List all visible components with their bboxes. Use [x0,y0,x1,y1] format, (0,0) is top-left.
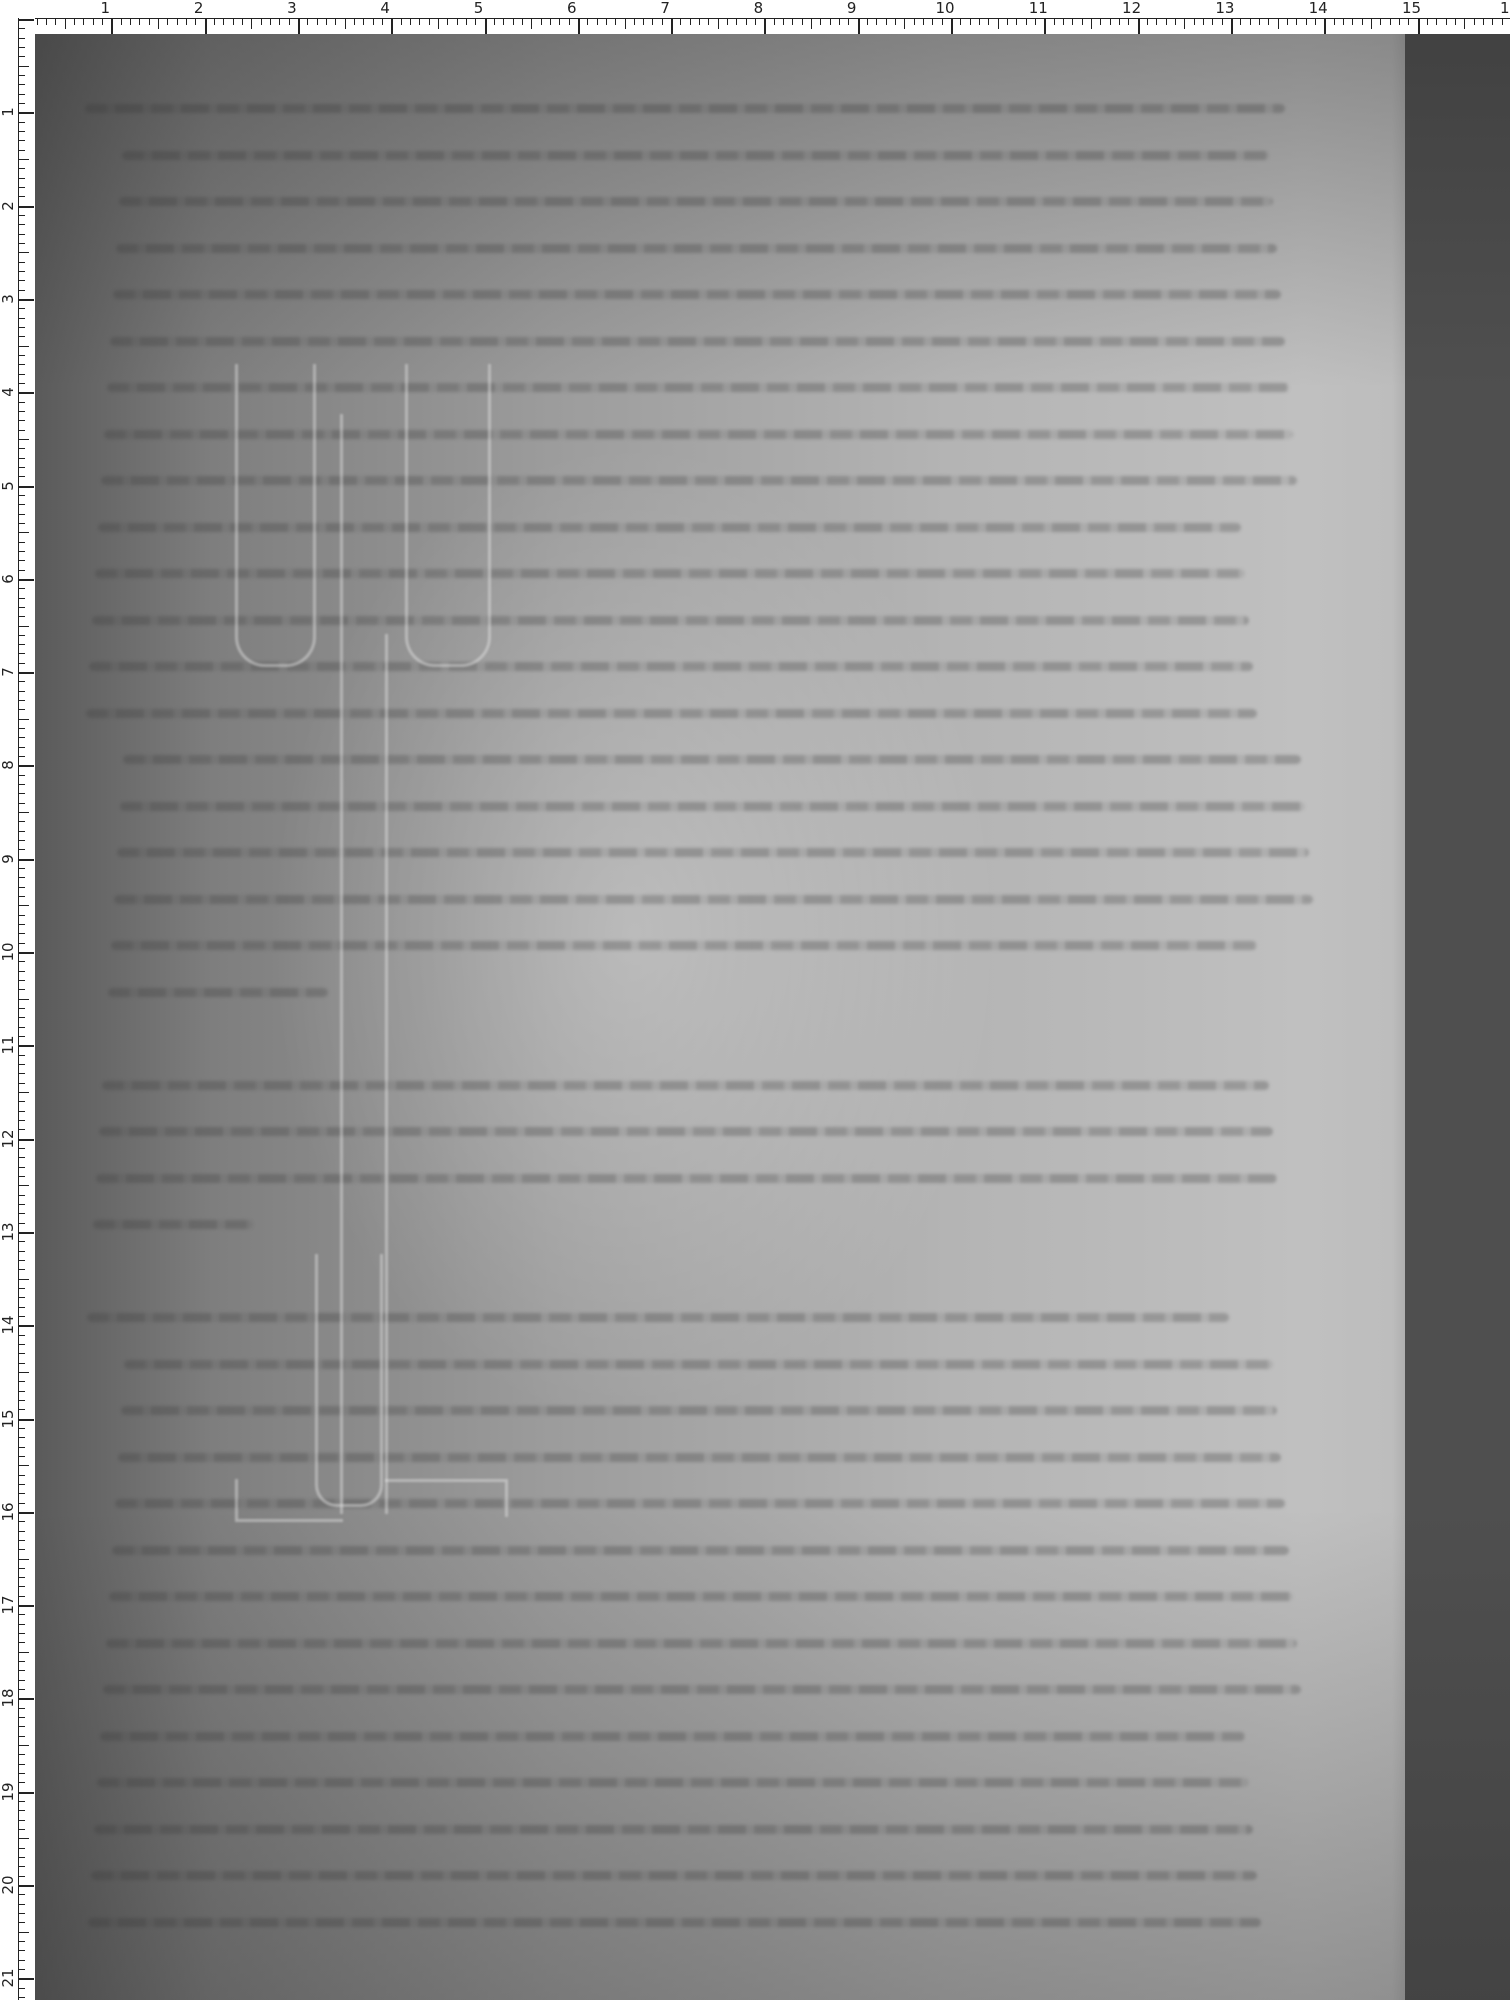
ruler-tick [19,663,25,664]
ruler-tick [606,19,607,25]
ruler-tick [792,19,793,25]
ruler-tick [19,952,34,954]
ruler-tick [1026,19,1027,25]
ruler-tick [261,19,262,25]
ruler-tick [279,19,280,25]
ruler-tick [19,159,29,160]
ruler-tick [1072,19,1073,25]
ruler-tick [1399,19,1400,25]
ruler-tick [19,1381,25,1382]
ruler-left-label: 13 [0,1222,16,1241]
ruler-tick [1212,19,1213,25]
ruler-tick [19,812,29,813]
ruler-tick [708,19,709,25]
ruler-tick [19,1540,25,1541]
ruler-tick [19,542,25,543]
ruler-tick [19,1866,25,1867]
ruler-tick [1464,19,1465,29]
ruler-tick [19,1978,34,1980]
ruler-tick [19,1698,34,1700]
ruler-tick [19,1642,25,1643]
ruler-tick [979,19,980,25]
ruler-tick [19,1950,25,1951]
ruler-tick [19,28,25,29]
ruler-tick [764,19,766,34]
ruler-tick [19,411,25,412]
ruler-tick [19,1129,25,1130]
ruler-tick [19,1829,25,1830]
ruler-left-label: 2 [0,201,16,211]
ruler-tick [19,84,25,85]
ruler-tick [19,1288,25,1289]
ruler-tick [93,19,94,25]
ruler-tick [19,1391,25,1392]
ruler-tick [998,19,999,29]
ruler-tick [19,616,25,617]
ruler-top: 01234567891011121314151 [0,0,1510,34]
ruler-tick [19,775,25,776]
ruler-tick [19,1400,25,1401]
ruler-tick [513,19,514,25]
ruler-tick [19,691,25,692]
ruler-tick [121,19,122,25]
ruler-tick [19,252,29,253]
ruler-tick [19,961,25,962]
ruler-tick [1175,19,1176,25]
ruler-tick [839,19,840,25]
ruler-tick [1063,19,1064,25]
ruler-tick [1278,19,1279,29]
handwriting-line [97,1778,1249,1787]
ruler-tick [1315,19,1316,25]
handwriting-line [120,802,1305,811]
ruler-top-label: 6 [567,0,577,16]
ruler-tick [783,19,784,25]
ruler-tick [19,364,25,365]
ruler-tick [19,1148,25,1149]
ruler-tick [19,280,25,281]
ruler-tick [158,19,159,29]
ruler-tick [727,19,728,25]
ruler-tick [55,19,56,25]
ruler-top-label: 2 [194,0,204,16]
ruler-tick [1436,19,1437,25]
ruler-tick [19,486,34,488]
ruler-top-label: 4 [380,0,390,16]
ruler-tick [19,196,25,197]
ruler-tick [19,859,34,861]
ruler-tick [363,19,364,25]
ruler-tick [466,19,467,25]
ruler-tick [19,1139,34,1141]
ruler-tick [74,19,75,25]
ruler-tick [1492,19,1493,25]
ruler-tick [251,19,252,29]
ruler-tick [19,793,25,794]
handwriting-line [112,1546,1289,1555]
ruler-tick [19,1213,25,1214]
handwriting-line [93,1220,253,1229]
stain-mark [385,1479,508,1517]
ruler-tick [19,1605,34,1607]
ruler-tick [19,458,25,459]
handwriting-line [86,709,1257,718]
ruler-tick [1166,19,1167,25]
ruler-tick [19,1988,25,1989]
ruler-left-label: 12 [0,1129,16,1148]
ruler-tick [19,1055,25,1056]
ruler-tick [19,430,25,431]
ruler-tick [522,19,523,25]
ruler-tick [19,402,25,403]
ruler-left-label: 19 [0,1782,16,1801]
ruler-tick [382,19,383,25]
ruler-tick [699,19,700,25]
ruler-tick [867,19,868,25]
ruler-tick [671,19,673,34]
ruler-tick [186,19,187,25]
ruler-tick [1138,19,1140,34]
ruler-tick [19,262,25,263]
ruler-tick [19,1475,25,1476]
ruler-tick [111,19,113,34]
ruler-tick [307,19,308,25]
ruler-tick [1147,19,1148,25]
handwriting-line [119,197,1273,206]
ruler-tick [83,19,84,25]
ruler-tick [19,1092,29,1093]
ruler-tick [19,1017,25,1018]
ruler-tick [19,887,25,888]
ruler-tick [19,989,25,990]
ruler-left-label: 5 [0,481,16,491]
ruler-left-label: 4 [0,387,16,397]
handwriting-line [124,1360,1273,1369]
ruler-tick [1194,19,1195,25]
ruler-tick [1119,19,1120,25]
ruler-tick [46,19,47,25]
ruler-tick [19,1027,25,1028]
ruler-tick [19,1167,25,1168]
ruler-tick [1016,19,1017,25]
ruler-tick [401,19,402,25]
ruler-tick [19,1549,25,1550]
ruler-tick [1306,19,1307,25]
ruler-tick [1287,19,1288,25]
ruler-tick [1007,19,1008,25]
ruler-tick [1035,19,1036,25]
ruler-tick [19,19,34,21]
ruler-tick [19,1969,25,1970]
ruler-tick [1156,19,1157,25]
handwriting-line [122,151,1269,160]
ruler-tick [951,19,953,34]
ruler-tick [923,19,924,25]
ruler-tick [65,19,66,29]
ruler-left-label: 9 [0,854,16,864]
ruler-tick [19,1344,25,1345]
ruler-tick [438,19,439,29]
ruler-tick [19,206,34,208]
ruler-tick [19,1838,29,1839]
ruler-tick [1418,19,1420,34]
handwriting-line [118,1453,1281,1462]
ruler-tick [19,1876,25,1877]
ruler-tick [19,38,25,39]
ruler-tick [19,653,25,654]
ruler-tick [177,19,178,25]
ruler-tick [1044,19,1046,34]
ruler-tick [19,1531,25,1532]
ruler-tick [19,635,25,636]
ruler-tick [19,747,25,748]
handwriting-line [88,1918,1261,1927]
ruler-tick [541,19,542,25]
ruler-tick [19,103,25,104]
stain-mark [385,634,388,1514]
ruler-tick [19,1941,25,1942]
ruler-tick [858,19,860,34]
ruler-tick [19,915,25,916]
ruler-tick [830,19,831,25]
ruler-tick [19,299,34,301]
ruler-tick [1100,19,1101,25]
ruler-tick [19,1885,34,1887]
ruler-top-label: 14 [1309,0,1328,16]
handwriting-line [109,1592,1293,1601]
handwriting-line [96,1174,1277,1183]
ruler-tick [1334,19,1335,25]
ruler-tick [19,1195,25,1196]
handwriting-line [91,1871,1257,1880]
ruler-tick [19,495,25,496]
handwriting-line [121,1406,1277,1415]
handwriting-line [114,895,1313,904]
ruler-tick [19,551,25,552]
ruler-tick [774,19,775,25]
ruler-tick [19,392,34,394]
ruler-left-label: 3 [0,294,16,304]
ruler-tick [419,19,420,25]
ruler-tick [19,1223,25,1224]
ruler-tick [19,1456,25,1457]
ruler-tick [494,19,495,25]
ruler-tick [19,803,25,804]
ruler-tick [19,588,25,589]
ruler-tick [1483,19,1484,25]
ruler-tick [19,1736,25,1737]
ruler-tick [652,19,653,25]
stain-mark [235,364,316,667]
ruler-tick [19,1512,34,1514]
ruler-tick [578,19,580,34]
ruler-tick [19,1922,25,1923]
ruler-tick [19,318,25,319]
ruler-tick [354,19,355,25]
ruler-tick [485,19,487,34]
ruler-tick [19,570,25,571]
ruler-tick [19,1848,25,1849]
ruler-tick [876,19,877,25]
ruler-tick [690,19,691,25]
ruler-tick [19,1773,25,1774]
ruler-tick [1110,19,1111,25]
ruler-tick [475,19,476,25]
ruler-tick [19,1447,25,1448]
ruler-tick [19,56,25,57]
ruler-tick [335,19,336,25]
ruler-tick [19,1633,25,1634]
handwriting-line [116,244,1277,253]
ruler-tick [559,19,560,25]
ruler-tick [410,19,411,25]
ruler-tick [19,737,25,738]
ruler-tick [19,1726,25,1727]
ruler-tick [19,1680,25,1681]
ruler-tick [755,19,756,25]
ruler-tick [19,1111,25,1112]
ruler-tick [19,1997,25,1998]
ruler-tick [19,1325,34,1327]
ruler-tick [19,1493,25,1494]
ruler-tick [102,19,103,25]
ruler-top-label: 9 [847,0,857,16]
ruler-tick [746,19,747,25]
ruler-tick [503,19,504,25]
handwriting-line [106,1639,1297,1648]
ruler-tick [19,1503,25,1504]
ruler-tick [1184,19,1185,29]
ruler-tick [19,168,25,169]
ruler-left-rail [18,18,19,2000]
ruler-left-label: 15 [0,1409,16,1428]
handwriting-line [123,755,1301,764]
ruler-tick [19,1596,25,1597]
ruler-tick [19,532,29,533]
ruler-tick [19,1624,25,1625]
ruler-tick [19,1036,25,1037]
ruler-top-label: 3 [287,0,297,16]
ruler-left-label: 8 [0,761,16,771]
ruler-tick [19,560,25,561]
ruler-tick [718,19,719,29]
ruler-tick [19,849,25,850]
ruler-tick [345,19,346,29]
ruler-tick [19,784,25,785]
ruler-top-label: 13 [1215,0,1234,16]
handwriting-line [102,1081,1269,1090]
ruler-tick [19,523,25,524]
ruler-tick [19,999,29,1000]
ruler-tick [19,877,25,878]
ruler-tick [167,19,168,25]
ruler-tick [1240,19,1241,25]
ruler-tick [1446,19,1447,25]
ruler-tick [19,1577,25,1578]
ruler-tick [19,1185,29,1186]
ruler-tick [19,1232,34,1234]
ruler-tick [1203,19,1204,25]
ruler-tick [19,1521,25,1522]
ruler-tick [19,821,25,822]
ruler-tick [1222,19,1223,25]
ruler-top-label: 7 [660,0,670,16]
ruler-tick [19,1670,25,1671]
ruler-tick [680,19,681,25]
ruler-tick [19,131,25,132]
ruler-tick [19,1372,29,1373]
ruler-tick [1231,19,1233,34]
ruler-tick [1054,19,1055,25]
ruler-tick [19,1913,25,1914]
stain-mark [315,1254,383,1507]
ruler-tick [19,290,25,291]
ruler-tick [19,598,25,599]
ruler-tick [19,709,25,710]
ruler-tick [19,765,34,767]
ruler-tick [19,178,25,179]
ruler-tick [19,1279,29,1280]
ruler-tick [298,19,300,34]
ruler-tick [19,980,25,981]
ruler-tick [326,19,327,25]
ruler-left-label: 16 [0,1502,16,1521]
ruler-tick [19,1316,25,1317]
ruler-tick [19,1465,29,1466]
ruler-tick [19,1960,25,1961]
handwriting-line [99,1127,1273,1136]
ruler-tick [19,840,25,841]
manuscript-page-scan [35,34,1510,2000]
ruler-tick [19,243,25,244]
ruler-tick [447,19,448,25]
ruler-tick [19,700,25,701]
ruler-tick [1455,19,1456,25]
ruler-tick [19,868,25,869]
ruler-tick [205,19,207,34]
ruler-tick [19,1064,25,1065]
ruler-tick [625,19,626,29]
ruler-tick [19,1241,25,1242]
ruler-tick [569,19,570,25]
ruler-tick [19,504,25,505]
ruler-left-label: 21 [0,1969,16,1988]
ruler-top-label: 15 [1402,0,1421,16]
ruler-tick [587,19,588,25]
ruler-tick [19,140,25,141]
ruler-tick [19,1782,25,1783]
ruler-tick [19,1260,25,1261]
ruler-tick [1371,19,1372,29]
ruler-tick [1427,19,1428,25]
ruler-left: 123456789101112131415161718192021 [0,0,35,2000]
ruler-tick [19,327,25,328]
ruler-tick [615,19,616,25]
ruler-tick [1390,19,1391,25]
ruler-tick [19,1204,25,1205]
ruler-tick [19,1559,29,1560]
ruler-tick [19,215,25,216]
ruler-tick [1380,19,1381,25]
ruler-tick [19,681,25,682]
ruler-tick [802,19,803,25]
ruler-tick [988,19,989,25]
ruler-tick [19,1932,29,1933]
ruler-tick [233,19,234,25]
ruler-tick [19,905,29,906]
handwriting-line [110,337,1285,346]
ruler-tick [19,1363,25,1364]
